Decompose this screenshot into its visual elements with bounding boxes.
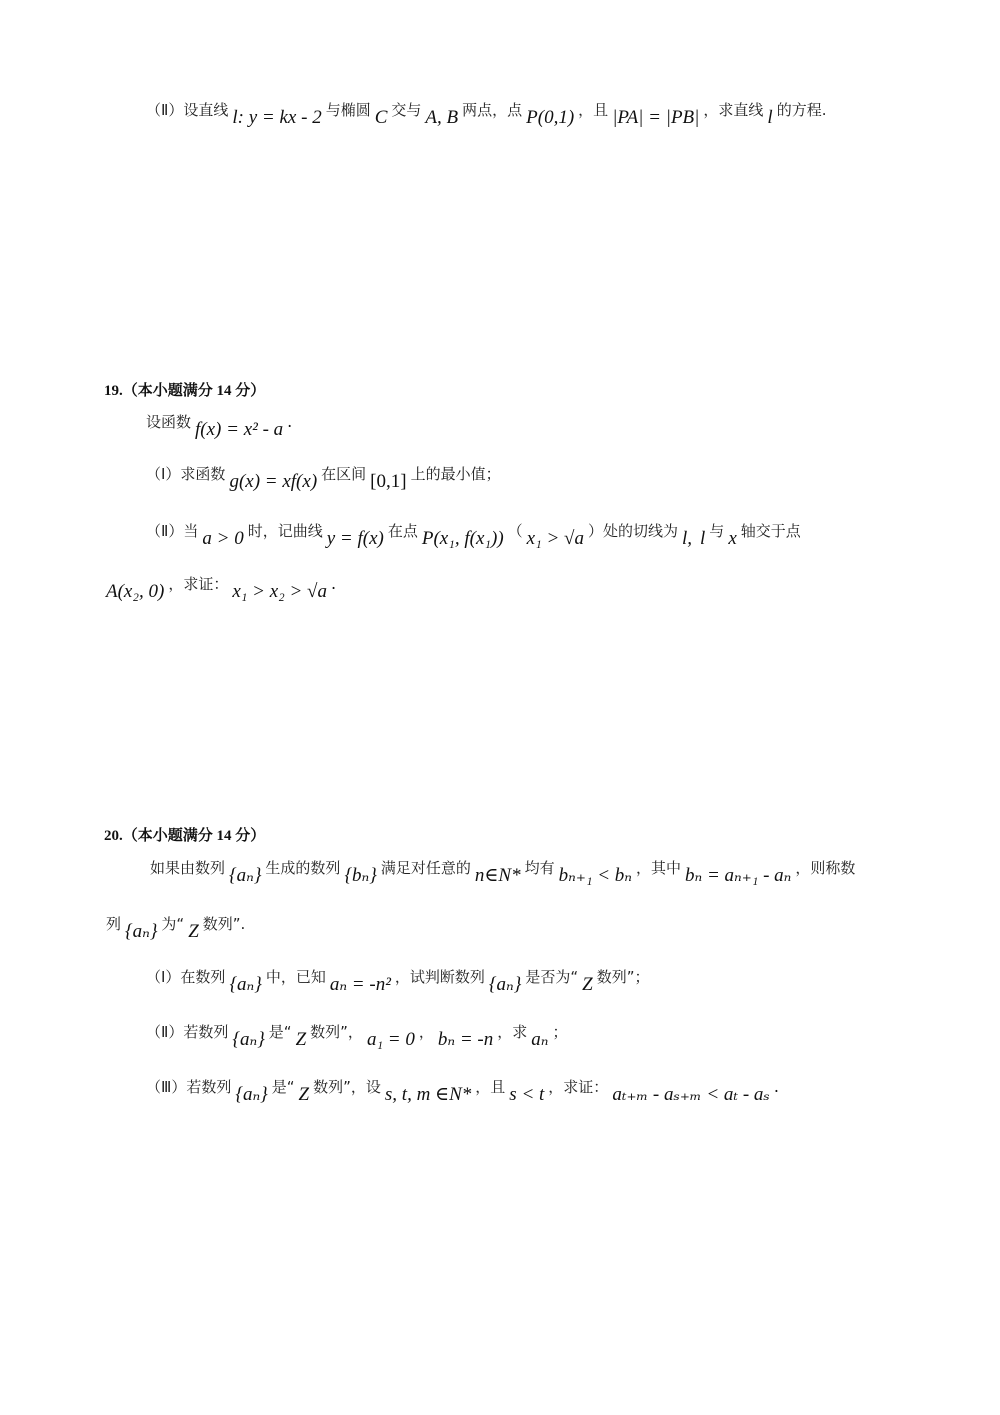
text: ； xyxy=(552,1023,567,1041)
text: 是“ xyxy=(272,1078,295,1096)
text: 列 xyxy=(106,915,121,933)
z-symbol: Z xyxy=(299,1084,310,1105)
q19-part2: （Ⅱ）当a > 0时，记曲线y = f(x)在点P(x₁, f(x₁))（x₁ … xyxy=(146,521,801,540)
q20-part2-label: （Ⅱ）若数列 xyxy=(146,1023,228,1041)
condition: x₁ > √a xyxy=(527,528,584,549)
point-p: P(0,1) xyxy=(526,107,574,128)
text: ，试判断数列 xyxy=(395,968,485,986)
q19-part2-label: （Ⅱ）当 xyxy=(146,522,198,540)
sequence-a: {aₙ} xyxy=(229,974,261,995)
text: ， xyxy=(419,1023,434,1041)
text: 设函数 xyxy=(146,413,191,431)
text: 数列”. xyxy=(203,915,246,933)
text: ，其中 xyxy=(636,859,681,877)
q20-part3-label: （Ⅲ）若数列 xyxy=(146,1078,231,1096)
text: 与椭圆 xyxy=(326,101,371,119)
proof-statement: x₁ > x₂ > √a xyxy=(232,581,327,602)
line-equation: l: y = kx - 2 xyxy=(232,107,321,128)
q18-part2-label: （Ⅱ）设直线 xyxy=(146,101,228,119)
text: 的方程. xyxy=(777,101,827,119)
text: ，且 xyxy=(578,101,608,119)
text: 数列”，设 xyxy=(313,1078,381,1096)
q20-heading: 20.（本小题满分 14 分） xyxy=(104,829,265,844)
intersection-points: A, B xyxy=(425,107,458,128)
sequence-b: {bₙ} xyxy=(344,865,376,886)
text: 数列”； xyxy=(597,968,650,986)
curve: y = f(x) xyxy=(327,528,384,549)
interval: [0,1] xyxy=(370,471,406,492)
n-domain: n∈N* xyxy=(475,865,521,886)
text: 时，记曲线 xyxy=(248,522,323,540)
q19-part1-label: （Ⅰ）求函数 xyxy=(146,465,225,483)
q20-part2: （Ⅱ）若数列{aₙ}是“Z数列”，a₁ = 0，bₙ = -n，求aₙ； xyxy=(146,1022,567,1041)
text: 为“ xyxy=(161,915,184,933)
g-definition: g(x) = xf(x) xyxy=(229,471,317,492)
text: 与 xyxy=(709,522,724,540)
z-symbol: Z xyxy=(296,1029,307,1050)
q19-heading: 19.（本小题满分 14 分） xyxy=(104,384,265,399)
q19-part1: （Ⅰ）求函数g(x) = xf(x)在区间[0,1]上的最小值； xyxy=(146,464,501,483)
text: 均有 xyxy=(525,859,555,877)
text: ，且 xyxy=(475,1078,505,1096)
text: 上的最小值； xyxy=(411,465,501,483)
text: ，求证： xyxy=(548,1078,608,1096)
text: 交与 xyxy=(391,101,421,119)
text: ，求证： xyxy=(168,575,228,593)
text: ，则称数 xyxy=(795,859,855,877)
text: 是否为“ xyxy=(525,968,578,986)
text: 如果由数列 xyxy=(150,859,225,877)
text: 两点，点 xyxy=(462,101,522,119)
text: ）处的切线为 xyxy=(588,522,678,540)
proof-statement: aₜ₊ₘ - aₛ₊ₘ < aₜ - aₛ xyxy=(612,1084,770,1105)
point-a: A(x₂, 0) xyxy=(106,581,164,602)
condition: a > 0 xyxy=(202,528,243,549)
sequence-a: {aₙ} xyxy=(229,865,261,886)
q18-part2: （Ⅱ）设直线l: y = kx - 2与椭圆C交与A, B两点，点P(0,1)，… xyxy=(146,100,826,119)
text: （ xyxy=(508,522,523,540)
sequence-a: {aₙ} xyxy=(125,921,157,942)
distance-condition: |PA| = |PB| xyxy=(612,107,699,128)
q19-intro: 设函数f(x) = x² - a. xyxy=(146,412,292,431)
function-definition: f(x) = x² - a xyxy=(195,419,283,440)
q20-part1-label: （Ⅰ）在数列 xyxy=(146,968,225,986)
q19-part2-cont: A(x₂, 0)，求证：x₁ > x₂ > √a. xyxy=(106,574,336,593)
z-symbol: Z xyxy=(188,921,199,942)
text: ，求直线 xyxy=(703,101,763,119)
b-definition: bₙ = aₙ₊₁ - aₙ xyxy=(685,865,791,886)
q20-part1: （Ⅰ）在数列{aₙ}中，已知aₙ = -n²，试判断数列{aₙ}是否为“Z数列”… xyxy=(146,967,649,986)
tangent-point: P(x₁, f(x₁)) xyxy=(422,528,504,549)
a-definition: aₙ = -n² xyxy=(330,974,391,995)
text: 数列”， xyxy=(310,1023,363,1041)
q20-part3: （Ⅲ）若数列{aₙ}是“Z数列”，设s, t, m ∈N*，且s < t，求证：… xyxy=(146,1077,779,1096)
target-term: aₙ xyxy=(531,1029,548,1050)
condition: s < t xyxy=(509,1084,544,1105)
text: . xyxy=(331,574,336,593)
sequence-a: {aₙ} xyxy=(235,1084,267,1105)
initial-term: a₁ = 0 xyxy=(367,1029,415,1050)
text: ，求 xyxy=(497,1023,527,1041)
sequence-a: {aₙ} xyxy=(489,974,521,995)
z-symbol: Z xyxy=(582,974,593,995)
q20-intro: 如果由数列{aₙ}生成的数列{bₙ}满足对任意的n∈N*均有bₙ₊₁ < bₙ，… xyxy=(150,858,855,877)
tangent-line: l, xyxy=(682,528,692,549)
sequence-a: {aₙ} xyxy=(232,1029,264,1050)
text: 中，已知 xyxy=(266,968,326,986)
inequality: bₙ₊₁ < bₙ xyxy=(559,865,632,886)
line-symbol: l xyxy=(767,107,772,128)
text: . xyxy=(774,1077,779,1096)
b-definition: bₙ = -n xyxy=(438,1029,493,1050)
text: 在区间 xyxy=(321,465,366,483)
q20-intro-cont: 列{aₙ}为“Z数列”. xyxy=(106,914,245,933)
text: . xyxy=(287,412,292,431)
text: 在点 xyxy=(388,522,418,540)
text: 轴交于点 xyxy=(741,522,801,540)
text: 满足对任意的 xyxy=(381,859,471,877)
ellipse-symbol: C xyxy=(375,107,388,128)
text: 是“ xyxy=(269,1023,292,1041)
tangent-line: l xyxy=(700,528,705,549)
x-axis-symbol: x xyxy=(728,528,736,549)
variables-domain: s, t, m ∈N* xyxy=(385,1084,471,1105)
text: 生成的数列 xyxy=(265,859,340,877)
